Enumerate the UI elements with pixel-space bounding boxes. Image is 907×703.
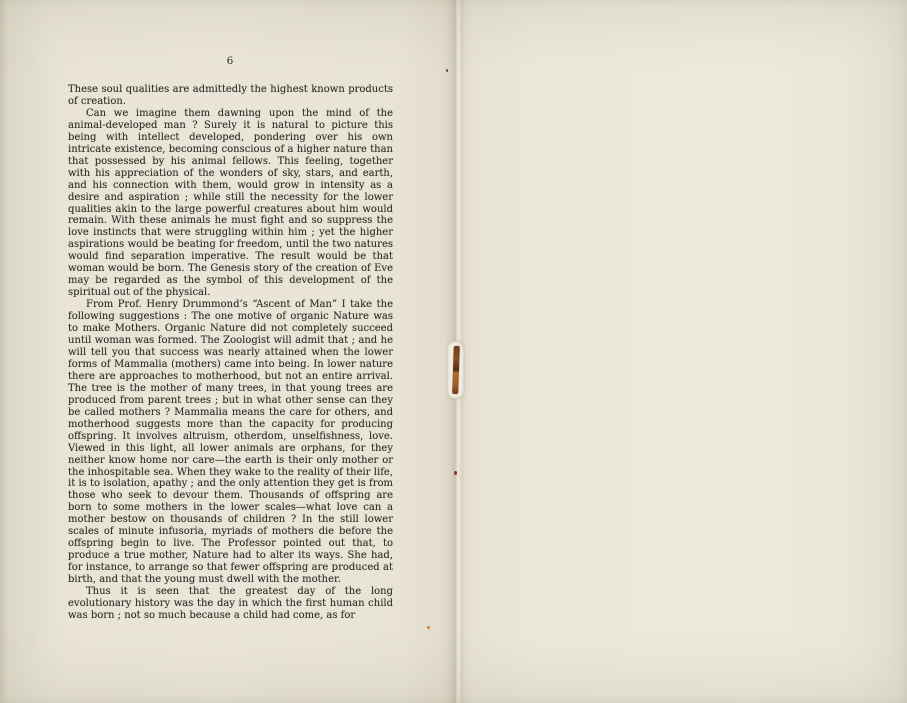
ink-speck xyxy=(446,69,448,72)
left-page: 6 These soul qualities are admittedly th… xyxy=(0,0,456,703)
right-page: 7 the fact that a true mother existed at… xyxy=(456,0,907,703)
paragraph: These soul qualities are admittedly the … xyxy=(68,84,393,108)
left-text-block: These soul qualities are admittedly the … xyxy=(68,84,393,622)
paragraph: Can we imagine them dawning upon the min… xyxy=(68,108,393,299)
ink-speck xyxy=(454,471,457,475)
ink-speck xyxy=(427,626,430,629)
left-page-number: 6 xyxy=(68,55,393,67)
paragraph: From Prof. Henry Drummond’s “Ascent of M… xyxy=(68,299,393,586)
paragraph: Thus it is seen that the greatest day of… xyxy=(68,586,393,622)
